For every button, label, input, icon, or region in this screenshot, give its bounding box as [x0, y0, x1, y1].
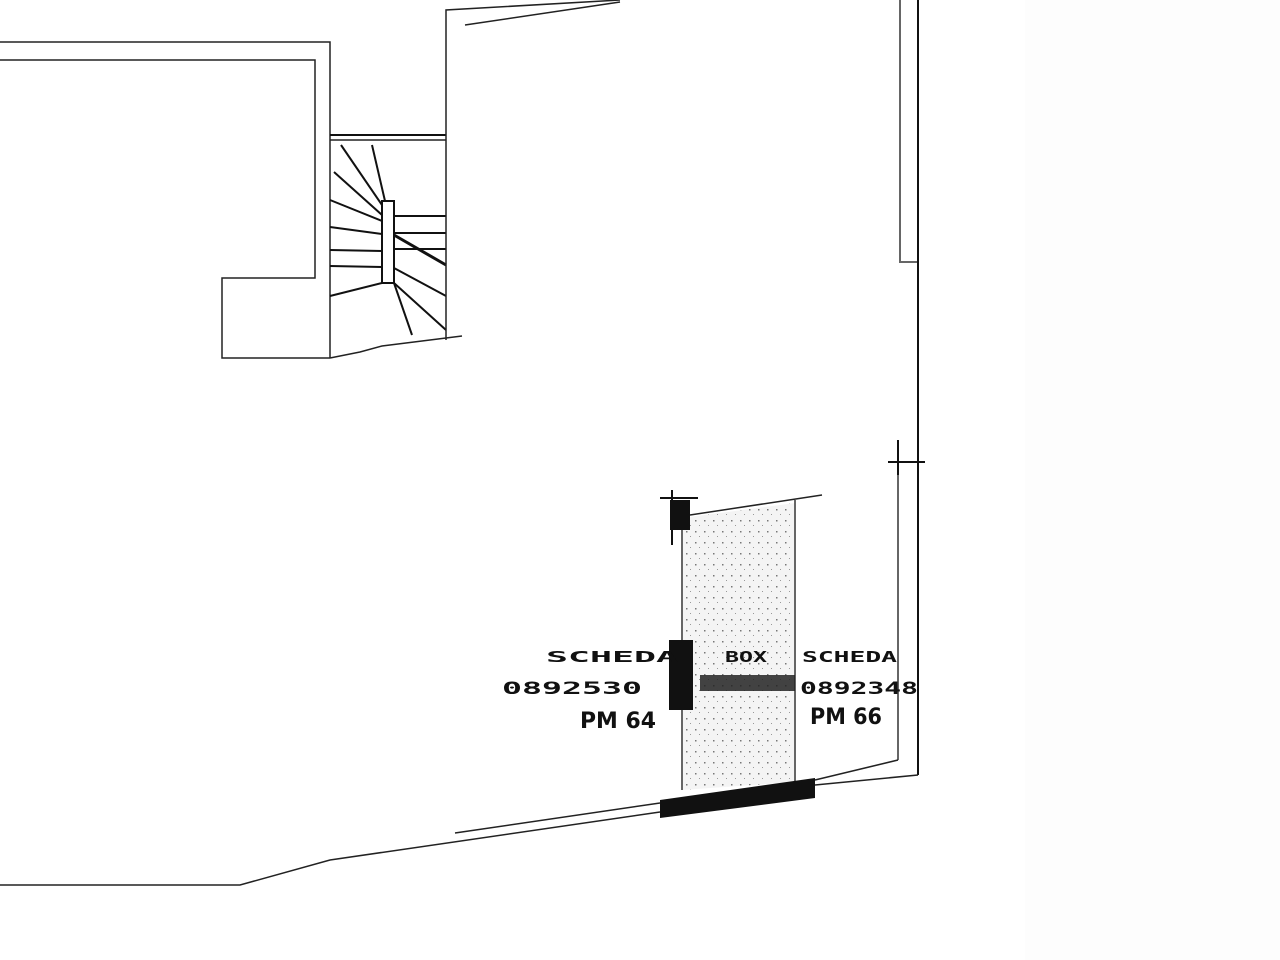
box-header-left: SCHEDA [546, 648, 678, 666]
floor-plan: SCHEDA BOX SCHEDA 0892530 0892348 PM 64 … [0, 0, 1280, 960]
scheda-left-number: 0892530 [502, 679, 642, 699]
spiral-staircase [330, 135, 462, 358]
box-header-right: SCHEDA [802, 648, 897, 666]
unit-left-label: PM 64 [580, 709, 656, 734]
unit-right-label: PM 66 [810, 705, 882, 730]
left-building-walls [0, 42, 330, 358]
box-header-mid: BOX [725, 648, 767, 666]
scheda-right-number: 0892348 [800, 679, 918, 699]
